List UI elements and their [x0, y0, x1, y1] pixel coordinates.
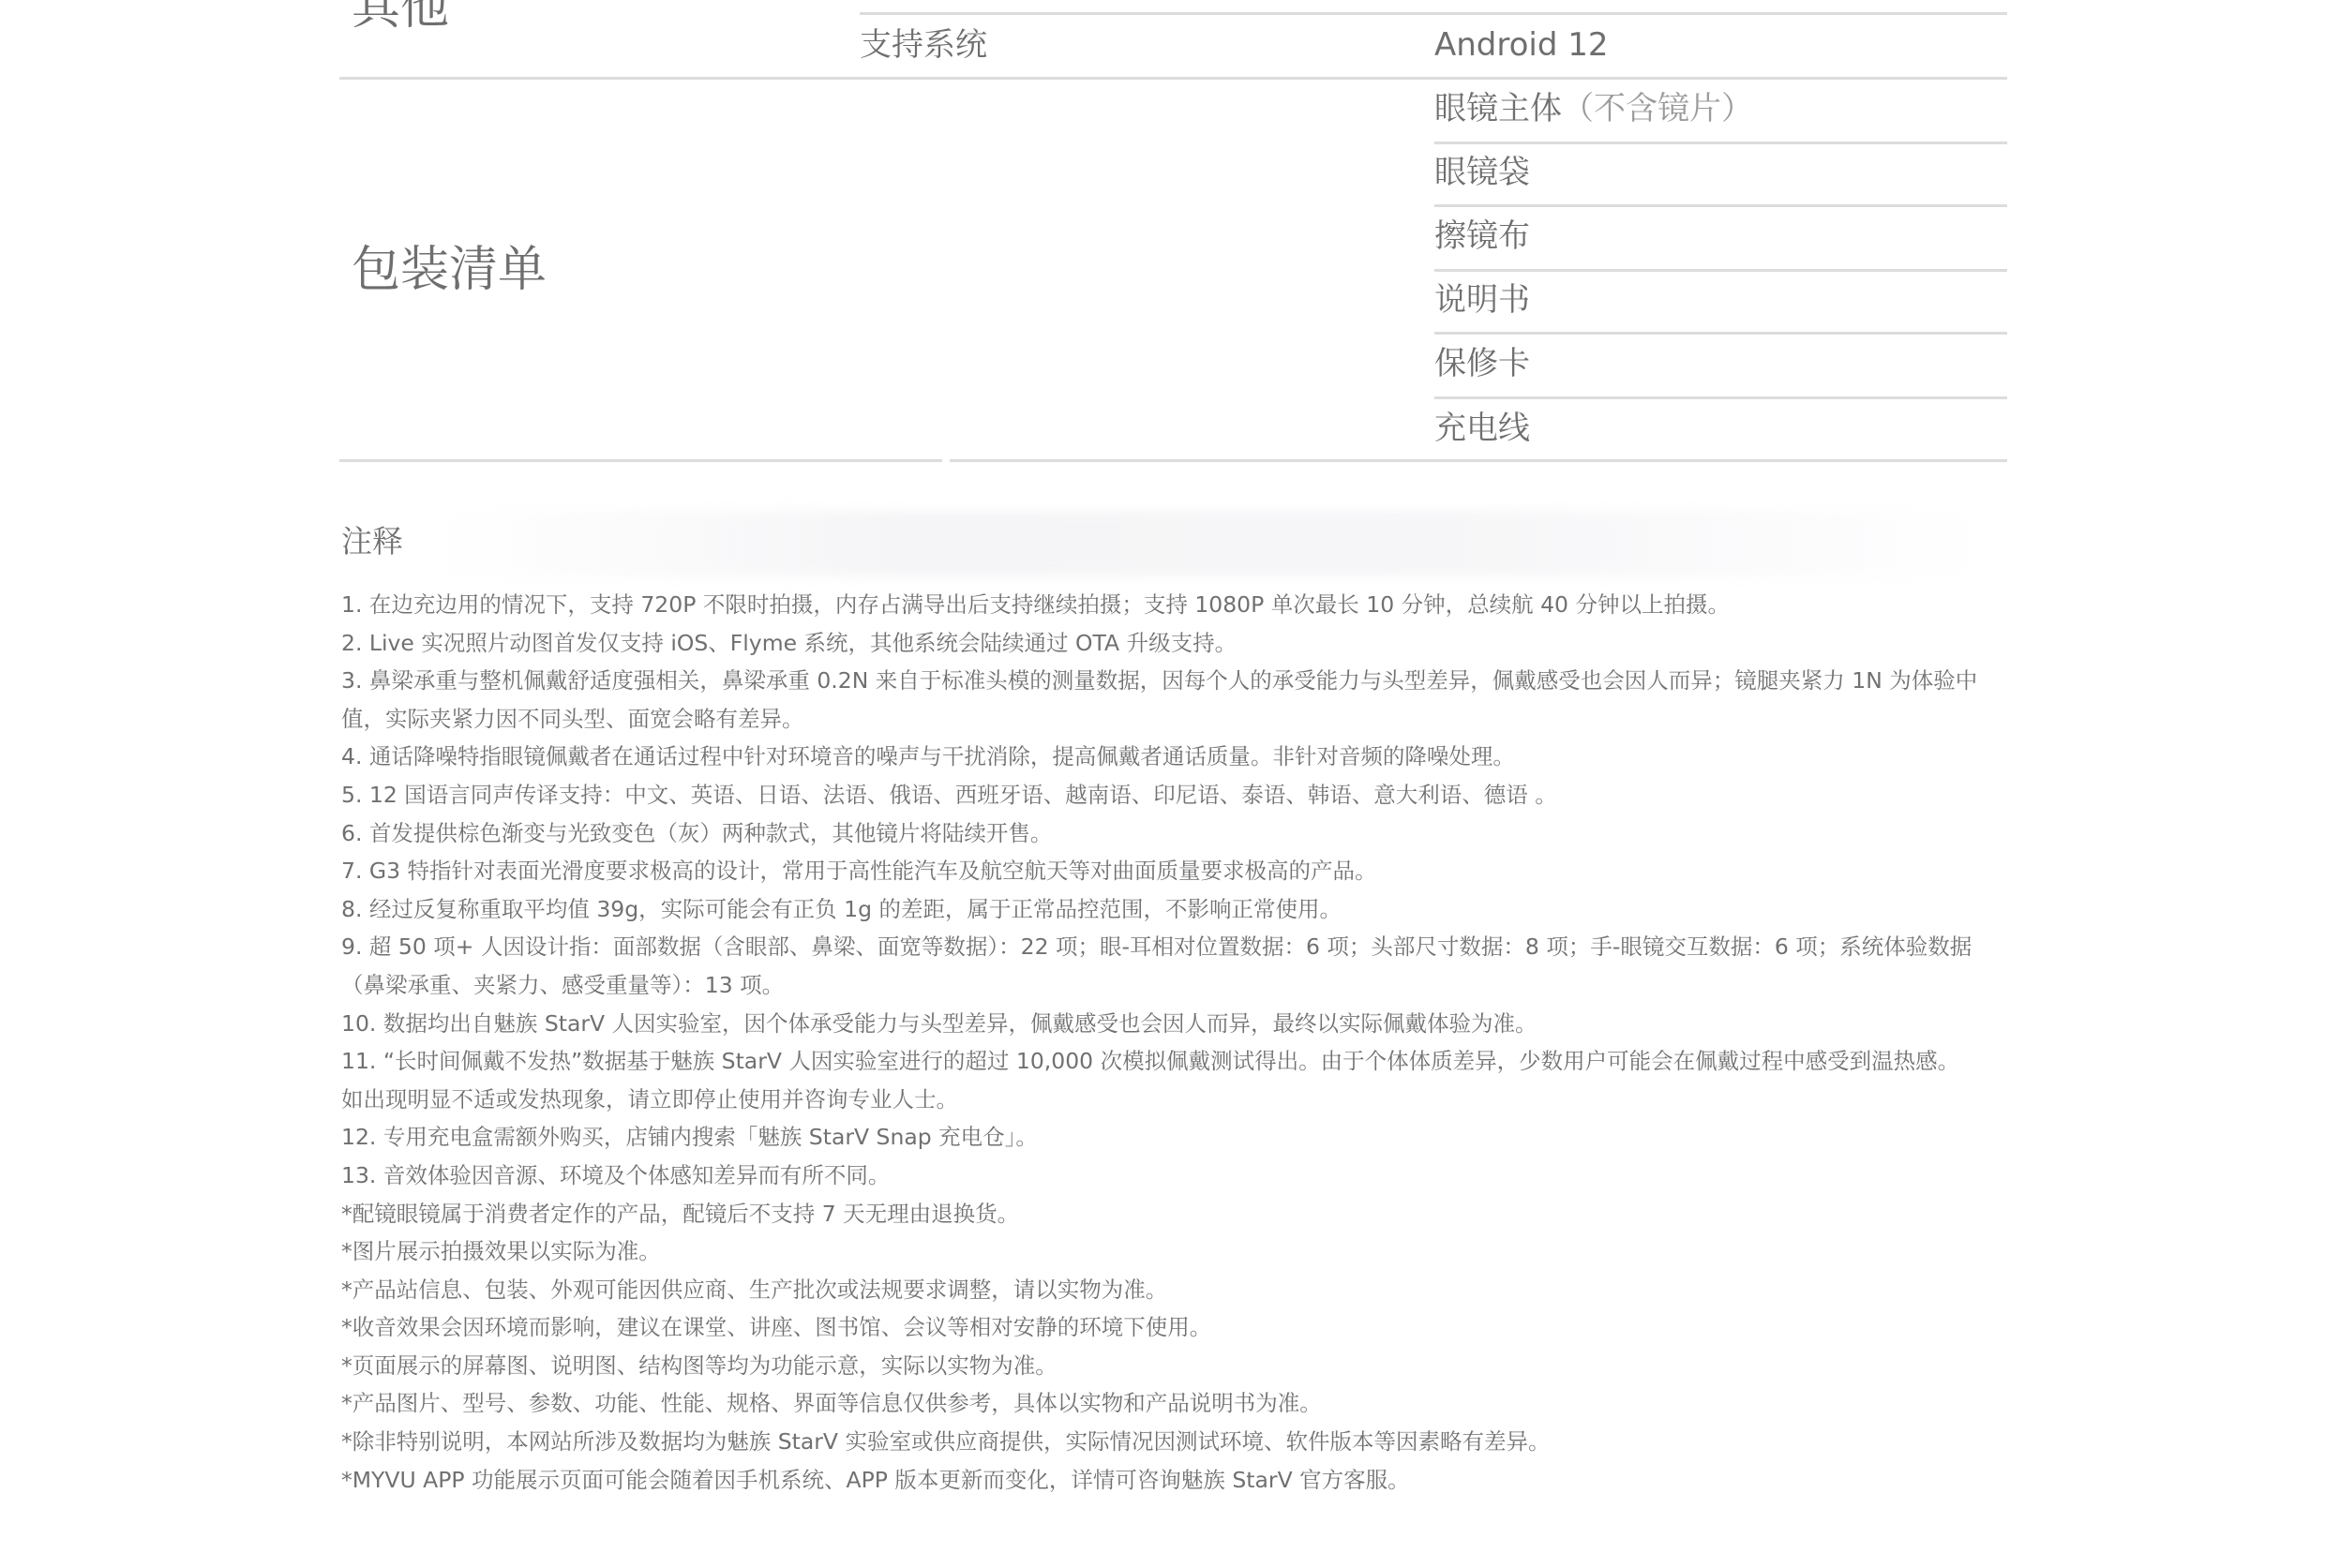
note-line: *产品站信息、包装、外观可能因供应商、生产批次或法规要求调整，请以实物为准。 — [341, 1271, 2010, 1309]
section-divider — [339, 459, 942, 462]
note-line: 如出现明显不适或发热现象，请立即停止使用并咨询专业人士。 — [341, 1081, 2010, 1119]
section-divider — [339, 77, 2007, 80]
row-divider — [1434, 269, 2007, 272]
packing-item-name: 眼镜袋 — [1434, 154, 1530, 191]
packing-item-name: 说明书 — [1434, 281, 1530, 319]
notes-title: 注释 — [341, 523, 403, 560]
packing-item-name: 充电线 — [1434, 410, 1530, 447]
note-line: （鼻梁承重、夹紧力、感受重量等）：13 项。 — [341, 966, 2010, 1005]
note-line: 11. “长时间佩戴不发热”数据基于魅族 StarV 人因实验室进行的超过 10… — [341, 1042, 2010, 1081]
note-line: *产品图片、型号、参数、功能、性能、规格、界面等信息仅供参考，具体以实物和产品说… — [341, 1384, 2010, 1423]
decorative-haze — [431, 511, 1987, 576]
note-line: 13. 音效体验因音源、环境及个体感知差异而有所不同。 — [341, 1157, 2010, 1195]
note-line: 7. G3 特指针对表面光滑度要求极高的设计，常用于高性能汽车及航空航天等对曲面… — [341, 852, 2010, 890]
note-line: 12. 专用充电盒需额外购买，店铺内搜索「魅族 StarV Snap 充电仓」。 — [341, 1118, 2010, 1157]
section-title-other: 其他 — [352, 0, 449, 36]
note-line: *页面展示的屏幕图、说明图、结构图等均为功能示意，实际以实物为准。 — [341, 1347, 2010, 1385]
row-divider — [1434, 142, 2007, 144]
note-line: 值，实际夹紧力因不同头型、面宽会略有差异。 — [341, 700, 2010, 739]
note-line: *MYVU APP 功能展示页面可能会随着因手机系统、APP 版本更新而变化，详… — [341, 1461, 2010, 1500]
spec-label-supported-system: 支持系统 — [860, 26, 987, 64]
packing-item: 充电线 — [1434, 410, 1530, 447]
note-line: 1. 在边充边用的情况下，支持 720P 不限时拍摄，内存占满导出后支持继续拍摄… — [341, 586, 2010, 624]
packing-item-name: 眼镜主体 — [1434, 90, 1562, 127]
note-line: *图片展示拍摄效果以实际为准。 — [341, 1232, 2010, 1271]
packing-item: 说明书 — [1434, 281, 1530, 319]
note-line: 9. 超 50 项+ 人因设计指：面部数据（含眼部、鼻梁、面宽等数据）：22 项… — [341, 928, 2010, 966]
packing-item-name: 保修卡 — [1434, 345, 1530, 382]
row-divider — [1434, 332, 2007, 335]
note-line: 5. 12 国语言同声传译支持：中文、英语、日语、法语、俄语、西班牙语、越南语、… — [341, 776, 2010, 814]
row-divider — [1434, 396, 2007, 399]
packing-item: 眼镜袋 — [1434, 154, 1530, 191]
packing-item-note: （不含镜片） — [1562, 90, 1753, 127]
note-line: 6. 首发提供棕色渐变与光致变色（灰）两种款式，其他镜片将陆续开售。 — [341, 814, 2010, 853]
section-divider — [950, 459, 2007, 462]
note-line: 10. 数据均出自魅族 StarV 人因实验室，因个体承受能力与头型差异，佩戴感… — [341, 1005, 2010, 1043]
packing-item: 保修卡 — [1434, 345, 1530, 382]
packing-item-name: 擦镜布 — [1434, 217, 1530, 255]
note-line: 4. 通话降噪特指眼镜佩戴者在通话过程中针对环境音的噪声与干扰消除，提高佩戴者通… — [341, 738, 2010, 776]
note-line: *收音效果会因环境而影响，建议在课堂、讲座、图书馆、会议等相对安静的环境下使用。 — [341, 1308, 2010, 1347]
notes-list: 1. 在边充边用的情况下，支持 720P 不限时拍摄，内存占满导出后支持继续拍摄… — [341, 586, 2010, 1499]
spec-value-supported-system: Android 12 — [1434, 26, 1609, 64]
packing-item: 擦镜布 — [1434, 217, 1530, 255]
row-divider — [1434, 204, 2007, 207]
note-line: 3. 鼻梁承重与整机佩戴舒适度强相关，鼻梁承重 0.2N 来自于标准头模的测量数… — [341, 662, 2010, 700]
note-line: *配镜眼镜属于消费者定作的产品，配镜后不支持 7 天无理由退换货。 — [341, 1195, 2010, 1233]
note-line: 2. Live 实况照片动图首发仅支持 iOS、Flyme 系统，其他系统会陆续… — [341, 624, 2010, 663]
packing-item: 眼镜主体（不含镜片） — [1434, 90, 1753, 127]
row-divider — [860, 12, 2007, 15]
note-line: 8. 经过反复称重取平均值 39g，实际可能会有正负 1g 的差距，属于正常品控… — [341, 890, 2010, 929]
note-line: *除非特别说明，本网站所涉及数据均为魅族 StarV 实验室或供应商提供，实际情… — [341, 1423, 2010, 1461]
section-title-packing-list: 包装清单 — [352, 242, 547, 298]
